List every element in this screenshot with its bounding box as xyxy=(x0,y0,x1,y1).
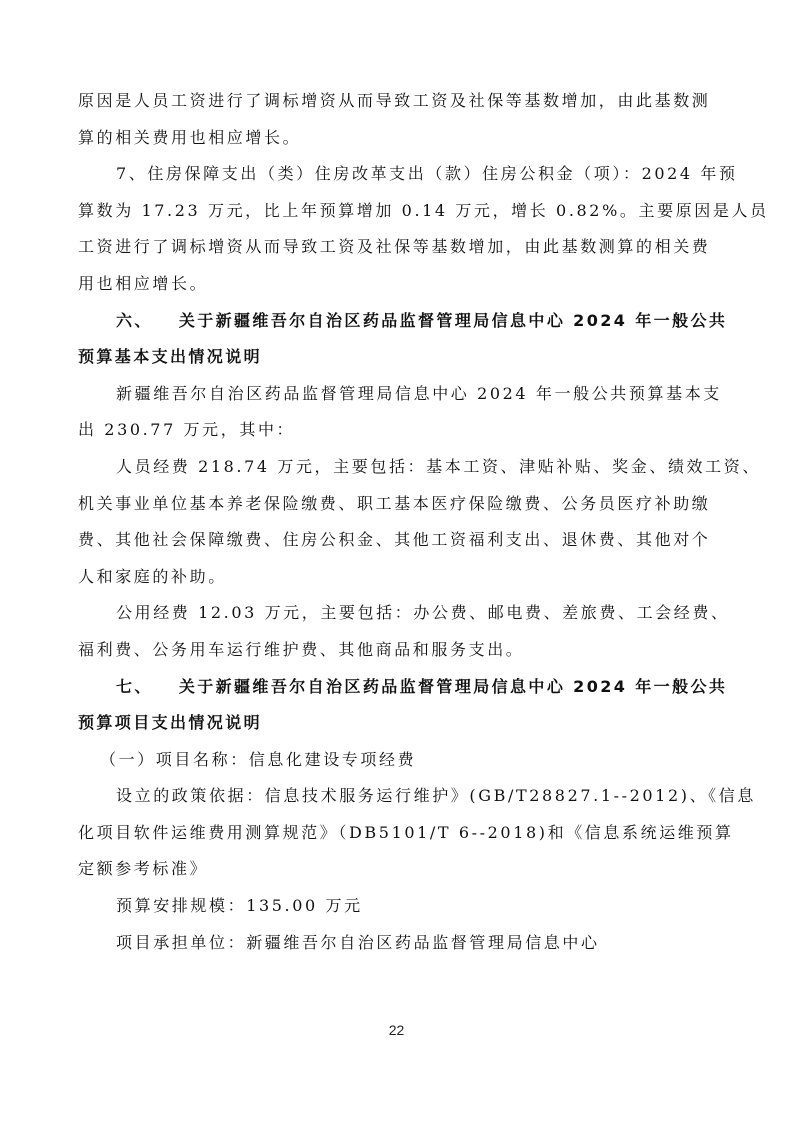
paragraph-line: 用也相应增长。 xyxy=(78,269,708,306)
project-name-line: （一）项目名称：信息化建设专项经费 xyxy=(78,745,708,782)
paragraph-line: 原因是人员工资进行了调标增资从而导致工资及社保等基数增加，由此基数测 xyxy=(78,86,708,123)
paragraph-line: 化项目软件运维费用测算规范》（DB5101/T 6--2018)和《信息系统运维… xyxy=(78,818,708,855)
budget-scale-line: 预算安排规模：135.00 万元 xyxy=(78,891,708,928)
undertaking-unit-line: 项目承担单位：新疆维吾尔自治区药品监督管理局信息中心 xyxy=(78,928,708,965)
paragraph-line: 公用经费 12.03 万元，主要包括：办公费、邮电费、差旅费、工会经费、 xyxy=(78,598,708,635)
paragraph-line: 人和家庭的补助。 xyxy=(78,562,708,599)
paragraph-line: 出 230.77 万元，其中： xyxy=(78,415,708,452)
section-title: 关于新疆维吾尔自治区药品监督管理局信息中心 2024 年一般公共 xyxy=(179,677,727,696)
paragraph-line: 福利费、公务用车运行维护费、其他商品和服务支出。 xyxy=(78,635,708,672)
paragraph-line: 人员经费 218.74 万元，主要包括：基本工资、津贴补贴、奖金、绩效工资、 xyxy=(78,452,708,489)
section-heading-continued: 预算项目支出情况说明 xyxy=(78,708,708,745)
paragraph-line: 定额参考标准》 xyxy=(78,854,708,891)
paragraph-line: 设立的政策依据：信息技术服务运行维护》(GB/T28827.1--2012)、《… xyxy=(78,781,708,818)
section-number: 六、 xyxy=(116,311,153,330)
paragraph-line: 费、其他社会保障缴费、住房公积金、其他工资福利支出、退休费、其他对个 xyxy=(78,525,708,562)
section-heading: 六、关于新疆维吾尔自治区药品监督管理局信息中心 2024 年一般公共 xyxy=(78,306,708,343)
document-page: 原因是人员工资进行了调标增资从而导致工资及社保等基数增加，由此基数测 算的相关费… xyxy=(78,86,708,964)
paragraph-line: 算数为 17.23 万元，比上年预算增加 0.14 万元，增长 0.82%。主要… xyxy=(78,196,708,233)
paragraph-line: 算的相关费用也相应增长。 xyxy=(78,123,708,160)
section-number: 七、 xyxy=(116,677,153,696)
paragraph-line: 新疆维吾尔自治区药品监督管理局信息中心 2024 年一般公共预算基本支 xyxy=(78,379,708,416)
paragraph-line: 机关事业单位基本养老保险缴费、职工基本医疗保险缴费、公务员医疗补助缴 xyxy=(78,489,708,526)
page-number: 22 xyxy=(0,1022,793,1038)
section-title: 关于新疆维吾尔自治区药品监督管理局信息中心 2024 年一般公共 xyxy=(179,311,727,330)
section-heading: 七、关于新疆维吾尔自治区药品监督管理局信息中心 2024 年一般公共 xyxy=(78,672,708,709)
paragraph-line: 7、住房保障支出（类）住房改革支出（款）住房公积金（项）：2024 年预 xyxy=(78,159,708,196)
section-heading-continued: 预算基本支出情况说明 xyxy=(78,342,708,379)
paragraph-line: 工资进行了调标增资从而导致工资及社保等基数增加，由此基数测算的相关费 xyxy=(78,232,708,269)
